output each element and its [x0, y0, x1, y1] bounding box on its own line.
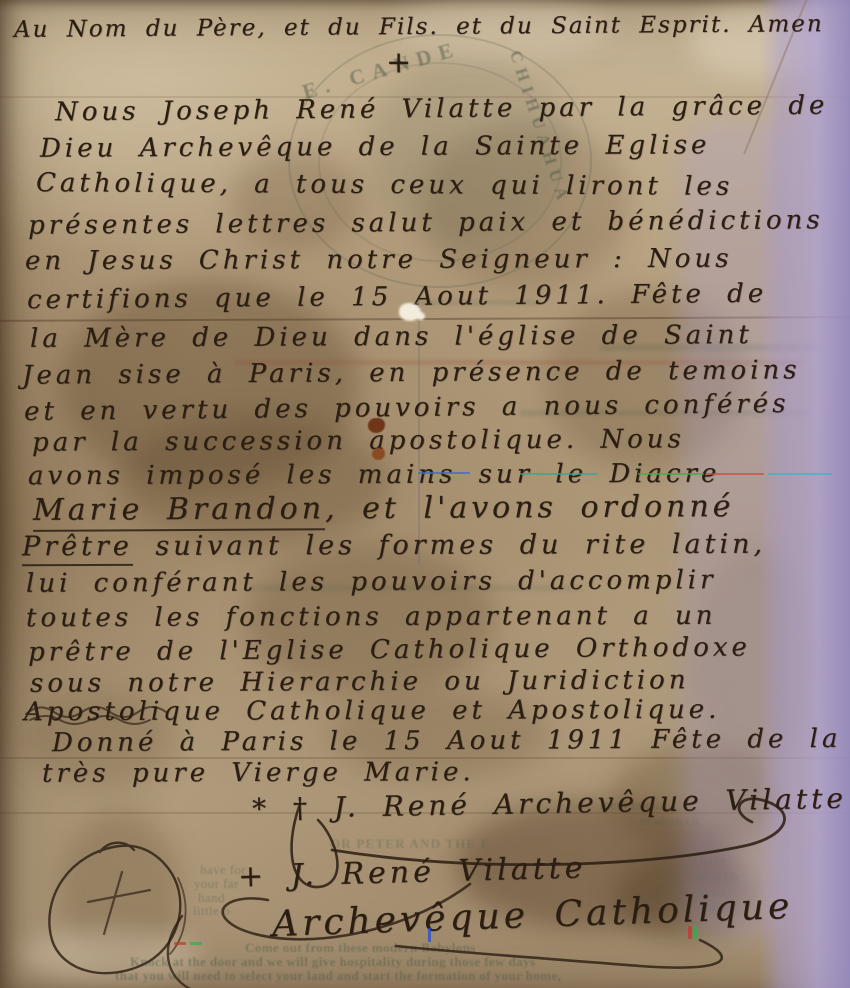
handwritten-line: toutes les fonctions appartenant a un: [26, 603, 717, 631]
handwritten-line: très pure Vierge Marie.: [42, 759, 475, 787]
handwritten-line: prêtre de l'Eglise Catholique Orthodoxe: [28, 634, 751, 665]
signature-line-2: + J. René Vilatte: [238, 853, 587, 892]
handwritten-line: Donné à Paris le 15 Aout 1911 Fête de la: [52, 726, 842, 756]
scan-artifact-dash: [693, 926, 697, 939]
scan-artifact-dash: [418, 472, 470, 474]
handwritten-line: lui conférant les pouvoirs d'accomplir: [26, 567, 717, 597]
scan-artifact-dash: [428, 928, 431, 942]
bleedthrough-text: that you will need to select your land a…: [115, 968, 561, 984]
paper-hole: [416, 312, 425, 320]
handwritten-line: Marie Brandon, et l'avons ordonné: [33, 492, 735, 526]
scan-artifact-dash: [520, 473, 598, 475]
handwritten-line: sous notre Hierarchie ou Juridiction: [30, 667, 690, 696]
scan-artifact-dash: [174, 942, 186, 945]
handwritten-line: et en vertu des pouvoirs a nous conférés: [24, 391, 790, 425]
line-rest: suivant les formes du rite latin,: [133, 529, 766, 562]
heading-invocation: Au Nom du Père, et du Fils. et du Saint …: [14, 13, 824, 42]
scan-artifact-dash: [190, 942, 202, 945]
scan-artifact-dash: [706, 473, 764, 475]
underlined-name: Marie Brandon: [33, 491, 325, 532]
line-rest: , et l'avons ordonné: [325, 489, 735, 526]
scan-artifact-dash: [688, 926, 692, 939]
handwritten-line: Prêtre suivant les formes du rite latin,: [22, 531, 766, 561]
scanned-document-page: E. CANDE CHIHUAHUA ment in our modern ci…: [0, 0, 850, 988]
cross-mark: +: [386, 48, 415, 78]
handwritten-line: avons imposé les mains sur le Diacre: [28, 461, 720, 489]
bleedthrough-text: OR PETER AND THE F: [330, 836, 490, 852]
handwritten-line: Catholique, a tous ceux qui liront les: [36, 170, 733, 200]
signature-cross-prefix: +: [238, 859, 268, 895]
signature-cross-prefix: * †: [252, 791, 311, 825]
bleedthrough-text: little o: [193, 903, 230, 919]
handwritten-line: Nous Joseph René Vilatte par la grâce de: [55, 93, 829, 126]
scan-tint-band: [758, 0, 850, 988]
handwritten-line: Dieu Archevêque de la Sainte Eglise: [40, 132, 711, 162]
handwritten-line: présentes lettres salut paix et bénédict…: [28, 207, 824, 239]
scan-artifact-dash: [768, 473, 832, 475]
scan-artifact-dash: [638, 473, 704, 475]
handwritten-line: la Mère de Dieu dans l'église de Saint: [30, 322, 753, 352]
handwritten-line: Jean sise à Paris, en présence de temoin…: [22, 357, 801, 388]
wax-stain: [372, 448, 385, 460]
handwritten-line: en Jesus Christ notre Seigneur : Nous: [25, 246, 733, 274]
underlined-word: Prêtre: [22, 531, 133, 566]
handwritten-line: certifions que le 15 Aout 1911. Fête de: [27, 281, 767, 313]
handwritten-line: Apostolique Catholique et Apostolique.: [24, 697, 720, 725]
handwritten-line: par la succession apostolique. Nous: [32, 426, 685, 455]
